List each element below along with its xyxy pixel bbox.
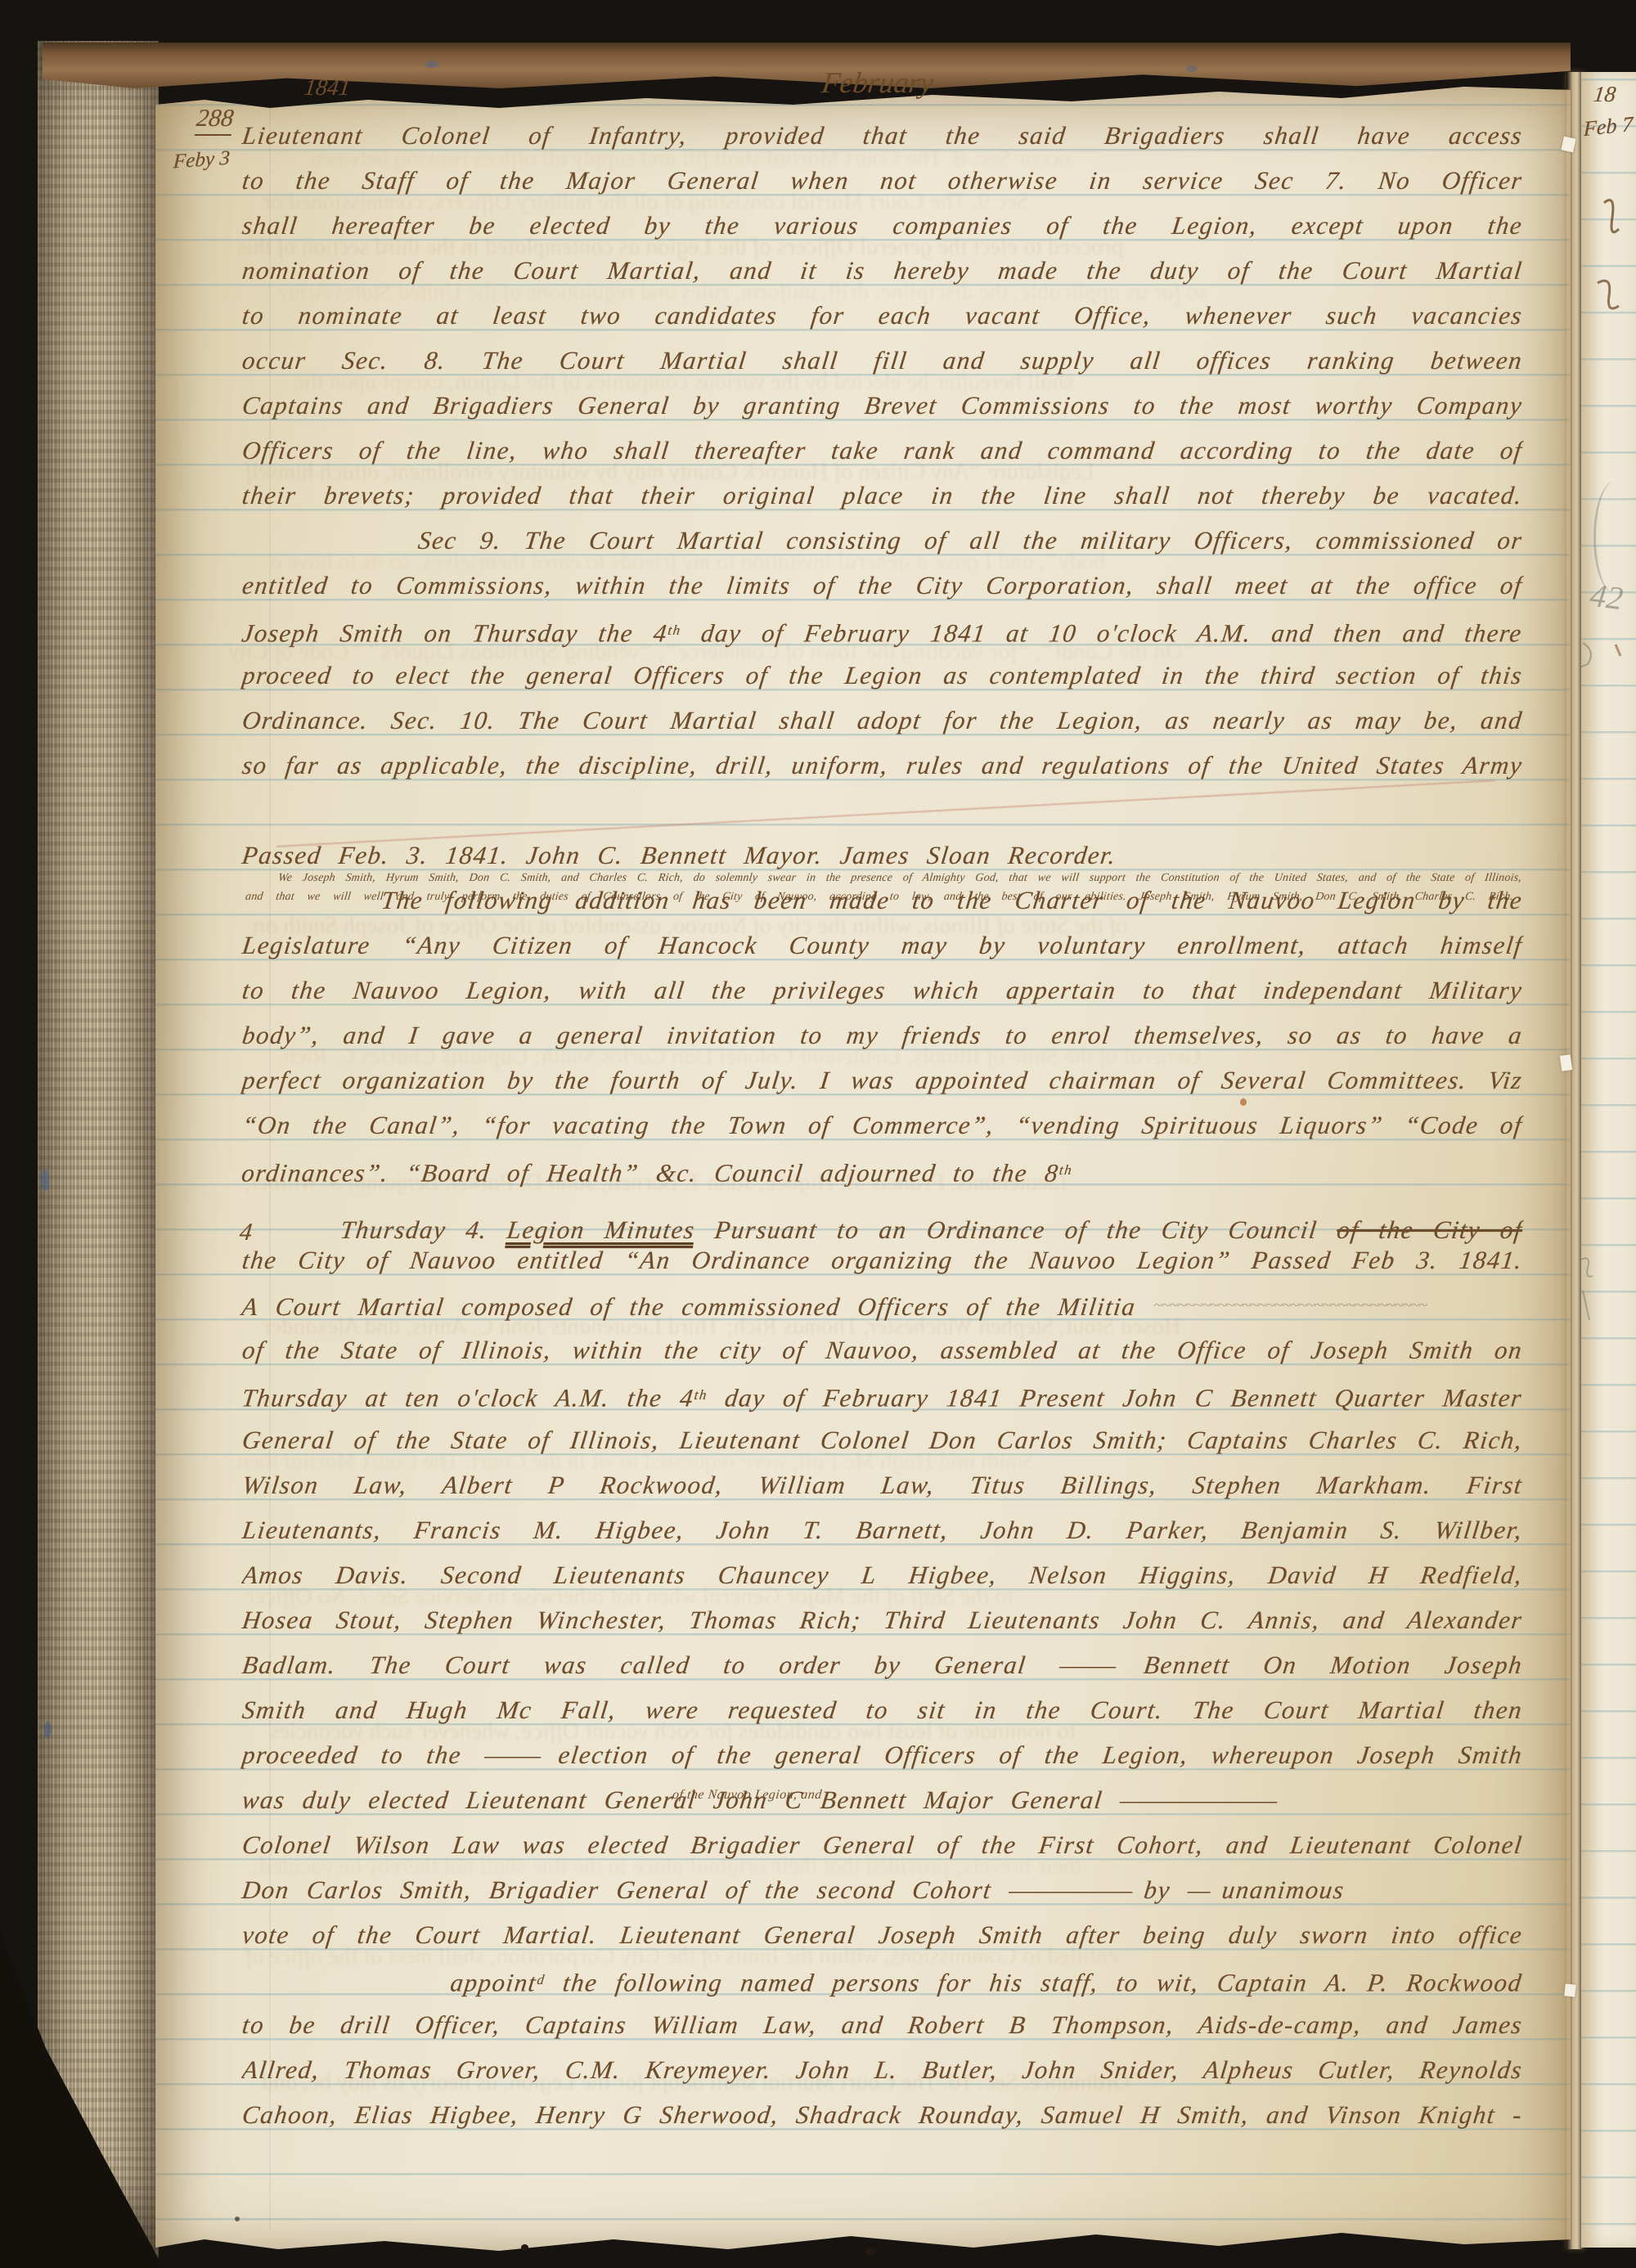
manuscript-line: to nominate at least two candidates for … [240,298,1525,337]
text-segment: day of February 1841 at 10 o'clock A.M. … [679,619,1524,648]
manuscript-line: Thursday at ten o'clock A.M. the 4th day… [240,1377,1525,1417]
text-segment: ordinances”. “Board of Health” &c. Counc… [240,1159,1060,1188]
manuscript-line: nomination of the Court Martial, and it … [240,253,1525,292]
text-segment: Thursday 4. [339,1215,509,1244]
marble-paper-speck [41,1170,49,1191]
text-segment: A Court Martial composed of the commissi… [240,1292,1155,1321]
manuscript-line: Badlam. The Court was called to order by… [240,1647,1525,1686]
manuscript-line: to the Staff of the Major General when n… [240,163,1525,202]
manuscript-line: Sec 9. The Court Martial consisting of a… [416,523,1525,562]
manuscript-line: Lieutenant Colonel of Infantry, provided… [240,118,1525,157]
manuscript-line: body”, and I gave a general invitation t… [240,1017,1525,1057]
manuscript-line: their brevets; provided that their origi… [240,478,1525,517]
manuscript-line: of the State of Illinois, within the cit… [240,1332,1525,1372]
text-segment: Pursuant to an Ordinance of the City Cou… [693,1215,1338,1244]
text-segment-dash: ——— [1058,1650,1112,1679]
text-segment-dash: ——————— [1007,1875,1128,1904]
tape-speck [1186,65,1198,72]
manuscript-line: appointd the following named persons for… [448,1962,1525,2001]
manuscript-line: General of the State of Illinois, Lieute… [240,1422,1525,1462]
manuscript-line: perfect organization by the fourth of Ju… [240,1062,1525,1102]
manuscript-line: Allred, Thomas Grover, C.M. Kreymeyer. J… [240,2052,1525,2091]
text-segment-sup: th [1058,1162,1074,1178]
manuscript-line: A Court Martial composed of the commissi… [240,1287,1525,1325]
text-segment: Badlam. The Court was called to order by… [240,1650,1062,1679]
text-segment: Joseph Smith on Thursday the 4 [240,619,670,648]
manuscript-line: Legislature “Any Citizen of Hancock Coun… [240,927,1525,967]
manuscript-line: Lieutenants, Francis M. Higbee, John T. … [240,1512,1525,1552]
text-segment: unanimous [1203,1875,1346,1904]
text-segment-strike: of the City of [1335,1215,1524,1244]
manuscript-line: Amos Davis. Second Lieutenants Chauncey … [240,1557,1525,1597]
text-segment: was duly elected Lieutenant General John… [240,1785,1122,1814]
manuscript-line: was duly elected Lieutenant General John… [240,1782,1525,1820]
text-segment-u2: Legion Minutes [506,1215,697,1244]
manuscript-line: Ordinance. Sec. 10. The Court Martial sh… [240,703,1525,742]
manuscript-line: Colonel Wilson Law was elected Brigadier… [240,1827,1525,1866]
manuscript-line: vote of the Court Martial. Lieutenant Ge… [240,1917,1525,1956]
text-segment: by [1125,1875,1189,1904]
page-edge-marks [1581,72,1636,2248]
manuscript-line: The following addition has been made to … [379,882,1525,922]
marble-paper-speck [44,1722,52,1738]
foxing-spot [1240,1098,1247,1106]
year-heading: 1841 [303,75,352,101]
tape-speck [425,61,438,68]
text-segment: appoint [449,1969,539,1997]
text-segment-dash: ——— [483,1740,537,1769]
binding-tape [43,43,1571,88]
text-segment: proceeded to the [240,1740,487,1769]
text-segment: Bennett On Motion Joseph [1108,1650,1524,1679]
manuscript-line: shall hereafter be elected by the variou… [240,208,1525,247]
manuscript-line: entitled to Commissions, within the limi… [240,568,1525,607]
text-segment: Thursday at ten o'clock A.M. the 4 [240,1384,696,1412]
manuscript-line: Cahoon, Elias Higbee, Henry G Sherwood, … [240,2097,1525,2136]
text-segment: election of the general Officers of the … [533,1740,1524,1769]
manuscript-line: proceed to elect the general Officers of… [240,658,1525,697]
page-number: 288 [195,105,236,136]
ink-speck [865,2248,876,2256]
manuscript-line: Officers of the line, who shall thereaft… [240,433,1525,472]
ink-speck [235,2216,240,2221]
month-heading: February [820,65,935,100]
manuscript-line: occur Sec. 8. The Court Martial shall fi… [240,343,1525,382]
manuscript-line: “On the Canal”, “for vacating the Town o… [240,1107,1525,1147]
margin-date: Feby 3 [173,147,231,174]
text-segment: the following named persons for his staf… [543,1969,1524,1997]
manuscript-line: Joseph Smith on Thursday the 4th day of … [240,613,1525,652]
manuscript-line: to the Nauvoo Legion, with all the privi… [240,972,1525,1012]
manuscript-line: so far as applicable, the discipline, dr… [240,748,1525,787]
manuscript-line: Don Carlos Smith, Brigadier General of t… [240,1872,1525,1910]
manuscript-line: Smith and Hugh Mc Fall, were requested t… [240,1692,1525,1731]
manuscript-line: the City of Nauvoo entitled “An Ordinanc… [240,1242,1525,1282]
text-segment-dash: ————————— [1118,1785,1273,1814]
manuscript-line: Passed Feb. 3. 1841. John C. Bennett May… [240,838,1525,875]
manuscript-line: Captains and Brigadiers General by grant… [240,388,1525,427]
manuscript-line: proceeded to the ——— election of the gen… [240,1737,1525,1776]
manuscript-line: to be drill Officer, Captains William La… [240,2007,1525,2046]
manuscript-line: Wilson Law, Albert P Rockwood, William L… [240,1467,1525,1507]
manuscript-line: Hosea Stout, Stephen Winchester, Thomas … [240,1602,1525,1641]
paper-chip [1560,1054,1573,1071]
manuscript-line: ordinances”. “Board of Health” &c. Counc… [240,1152,1525,1190]
book-page-edges [38,41,159,2268]
ink-speck [521,2244,528,2251]
text-segment: day of February 1841 Present John C Benn… [705,1384,1524,1412]
text-segment: Don Carlos Smith, Brigadier General of t… [240,1875,1011,1904]
paper-chip [1564,1983,1575,1996]
open-journal-photo: 1841 February 288 Feby 3 4 We Joseph Smi… [0,0,1636,2268]
text-segment-sq: ~~~~~~~~~~~~~~~~~~~~~~~~~~~~~~~~~~ [1153,1296,1428,1314]
